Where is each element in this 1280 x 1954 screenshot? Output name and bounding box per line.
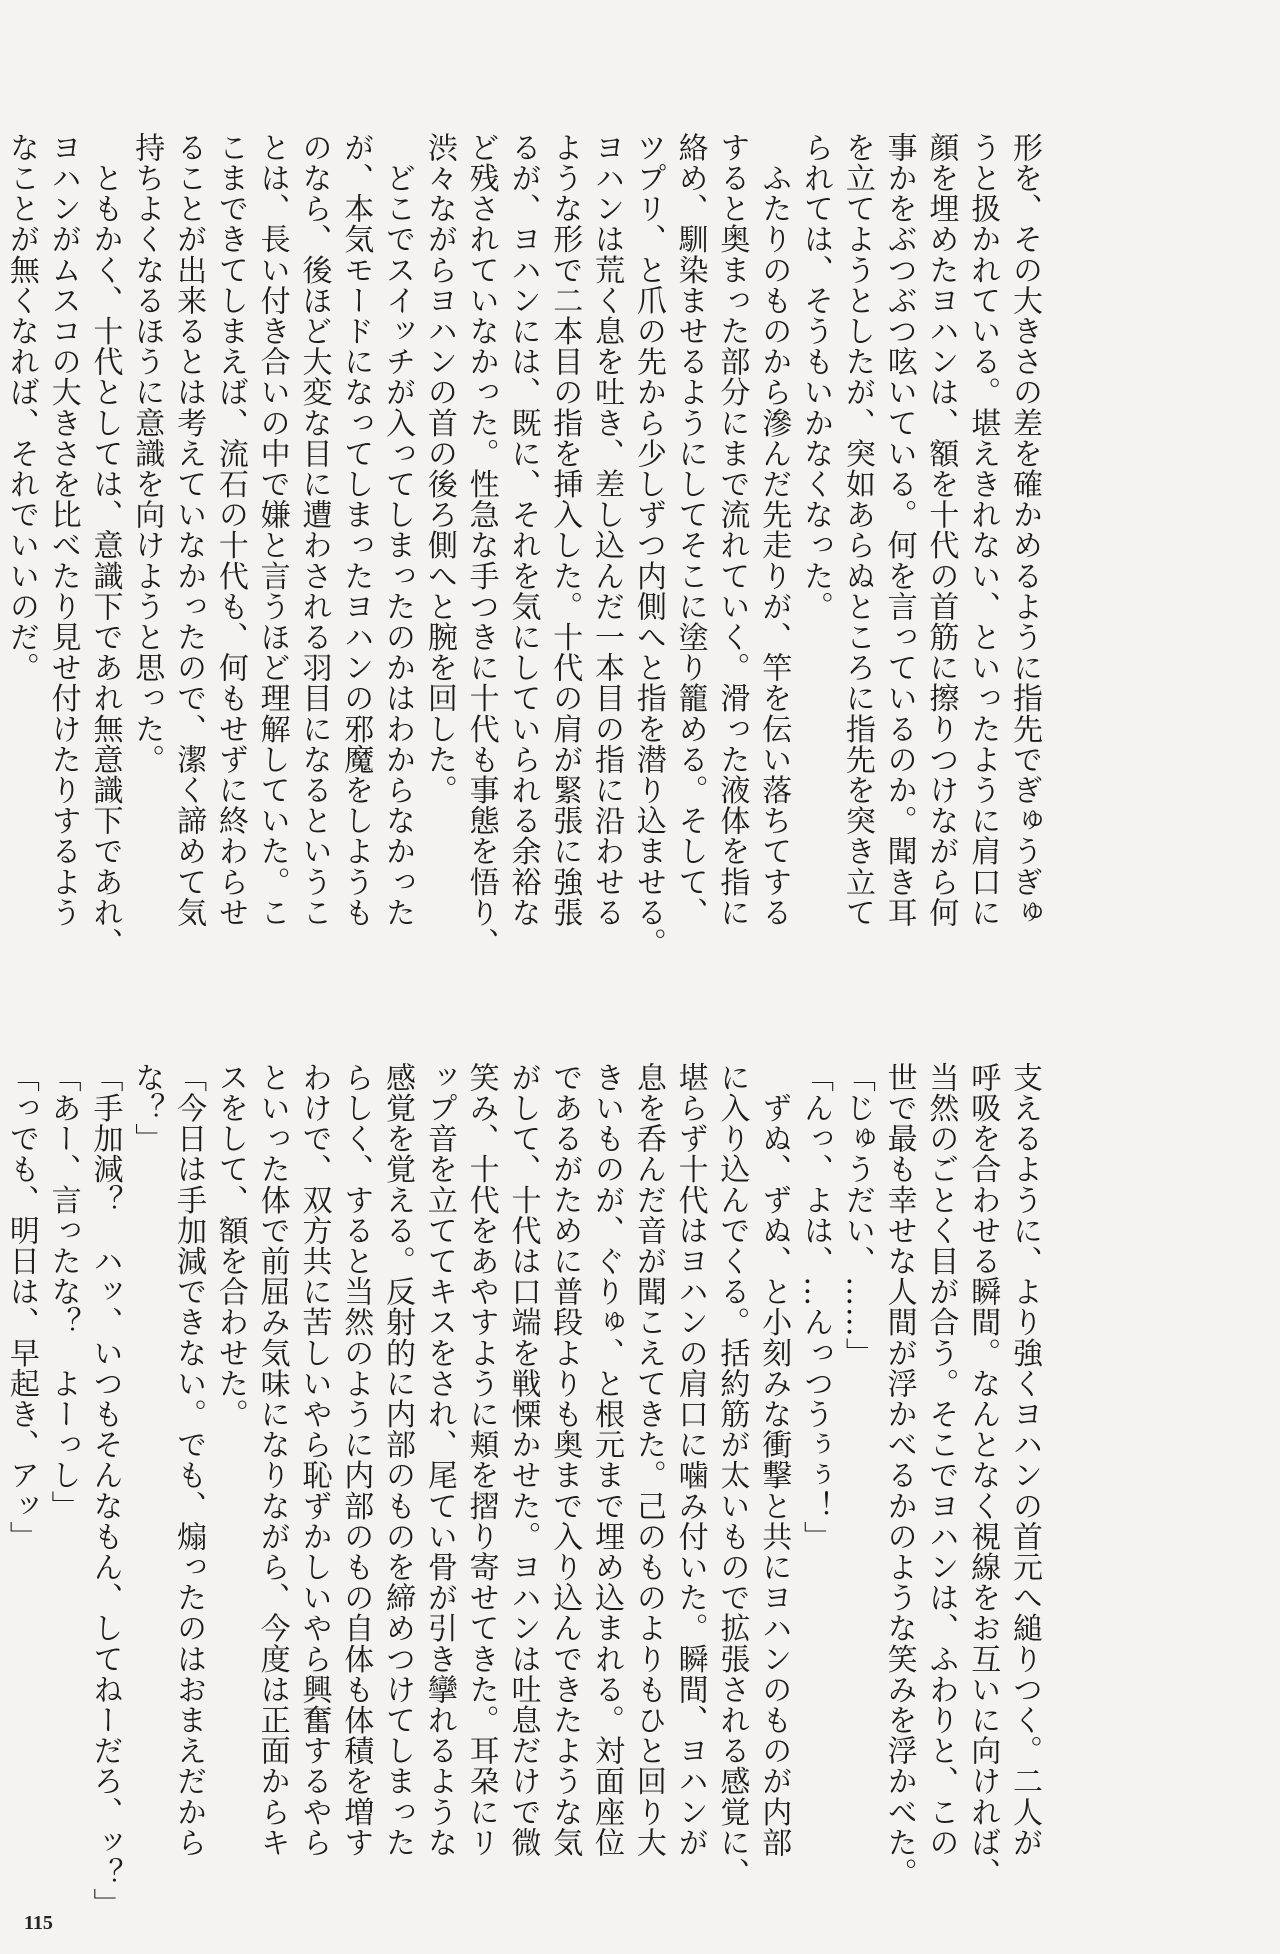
text-line: ツプリ、と爪の先から少しずつ内側へと指を潜り込ませる。 (627, 132, 669, 892)
text-line: うと扱かれている。堪えきれない、といったように肩口に (961, 132, 1003, 892)
text-line: ともかく、十代としては、意識下であれ無意識下であれ、 (84, 132, 126, 892)
text-line: すると奥まった部分にまで流れていく。滑った液体を指に (711, 132, 753, 892)
text-line: 事かをぶつぶつ呟いている。何を言っているのか。聞き耳 (878, 132, 920, 892)
text-line: であるがために普段よりも奥まで入り込んできたような気 (543, 1062, 585, 1822)
text-line: 持ちよくなるほうに意識を向けようと思った。 (125, 132, 167, 892)
text-line: 「っでも、明日は、早起き、アッ」 (0, 1062, 42, 1822)
text-line: に入り込んでくる。括約筋が太いもので拡張される感覚に、 (711, 1062, 753, 1822)
text-line: 絡め、馴染ませるようにしてそこに塗り籠める。そして、 (669, 132, 711, 892)
text-line: 堪らず十代はヨハンの肩口に噛み付いた。瞬間、ヨハンが (669, 1062, 711, 1822)
text-block-top: 形を、その大きさの差を確かめるように指先でぎゅうぎゅうと扱かれている。堪えきれな… (0, 132, 1045, 892)
text-line: 支えるように、より強くヨハンの首元へ縋りつく。二人が (1003, 1062, 1045, 1822)
text-line: とは、長い付き合いの中で嫌と言うほど理解していた。こ (251, 132, 293, 892)
text-line: ような形で二本目の指を挿入した。十代の肩が緊張に強張 (543, 132, 585, 892)
text-line: ずぬ、ずぬ、と小刻みな衝撃と共にヨハンのものが内部 (752, 1062, 794, 1822)
text-line: といった体で前屈み気味になりながら、今度は正面からキ (251, 1062, 293, 1822)
text-line: スをして、額を合わせた。 (209, 1062, 251, 1822)
text-line: るが、ヨハンには、既に、それを気にしていられる余裕な (502, 132, 544, 892)
text-line: ふたりのものから滲んだ先走りが、竿を伝い落ちてする (752, 132, 794, 892)
text-line: 「今日は手加減できない。でも、煽ったのはおまえだから (167, 1062, 209, 1822)
text-line: な？」 (125, 1062, 167, 1822)
text-line: がして、十代は口端を戦慄かせた。ヨハンは吐息だけで微 (502, 1062, 544, 1822)
text-line: ップ音を立ててキスをされ、尾てい骨が引き攣れるような (418, 1062, 460, 1822)
text-block-bottom: 支えるように、より強くヨハンの首元へ縋りつく。二人が呼吸を合わせる瞬間。なんとな… (0, 1062, 1045, 1822)
text-line: ることが出来るとは考えていなかったので、潔く諦めて気 (167, 132, 209, 892)
text-line: 形を、その大きさの差を確かめるように指先でぎゅうぎゅ (1003, 132, 1045, 892)
text-line: 渋々ながらヨハンの首の後ろ側へと腕を回した。 (418, 132, 460, 892)
text-line: わけで、双方共に苦しいやら恥ずかしいやら興奮するやら (293, 1062, 335, 1822)
text-line: られては、そうもいかなくなった。 (794, 132, 836, 892)
text-line: ヨハンがムスコの大きさを比べたり見せ付けたりするよう (42, 132, 84, 892)
text-line: ど残されていなかった。性急な手つきに十代も事態を悟り、 (460, 132, 502, 892)
text-line: どこでスイッチが入ってしまったのかはわからなかった (376, 132, 418, 892)
text-line: が、本気モードになってしまったヨハンの邪魔をしようも (334, 132, 376, 892)
text-line: 呼吸を合わせる瞬間。なんとなく視線をお互いに向ければ、 (961, 1062, 1003, 1822)
text-line: 世で最も幸せな人間が浮かべるかのような笑みを浮かべた。 (878, 1062, 920, 1822)
text-line: ヨハンは荒く息を吐き、差し込んだ一本目の指に沿わせる (585, 132, 627, 892)
text-line: 「んっ、よは、…んっつうぅぅ！」 (794, 1062, 836, 1822)
text-line: きいものが、ぐりゅ、と根元まで埋め込まれる。対面座位 (585, 1062, 627, 1822)
text-line: らしく、すると当然のように内部のもの自体も体積を増す (334, 1062, 376, 1822)
text-line: 息を呑んだ音が聞こえてきた。己のものよりもひと回り大 (627, 1062, 669, 1822)
text-line: 「じゅうだい、……」 (836, 1062, 878, 1822)
text-line: 顔を埋めたヨハンは、額を十代の首筋に擦りつけながら何 (920, 132, 962, 892)
text-line: のなら、後ほど大変な目に遭わされる羽目になるというこ (293, 132, 335, 892)
text-line: こまできてしまえば、流石の十代も、何もせずに終わらせ (209, 132, 251, 892)
text-line: 当然のごとく目が合う。そこでヨハンは、ふわりと、この (920, 1062, 962, 1822)
text-line: 笑み、十代をあやすように頬を摺り寄せてきた。耳朶にリ (460, 1062, 502, 1822)
text-line: なことが無くなれば、それでいいのだ。 (0, 132, 42, 892)
text-line: 「手加減？ ハッ、いつもそんなもん、してねーだろ、ッ？」 (84, 1062, 126, 1822)
text-line: 感覚を覚える。反射的に内部のものを締めつけてしまった (376, 1062, 418, 1822)
text-line: 「あー、言ったな？ よーっし」 (42, 1062, 84, 1822)
page-number: 115 (24, 1912, 53, 1935)
text-line: を立てようとしたが、突如あらぬところに指先を突き立て (836, 132, 878, 892)
